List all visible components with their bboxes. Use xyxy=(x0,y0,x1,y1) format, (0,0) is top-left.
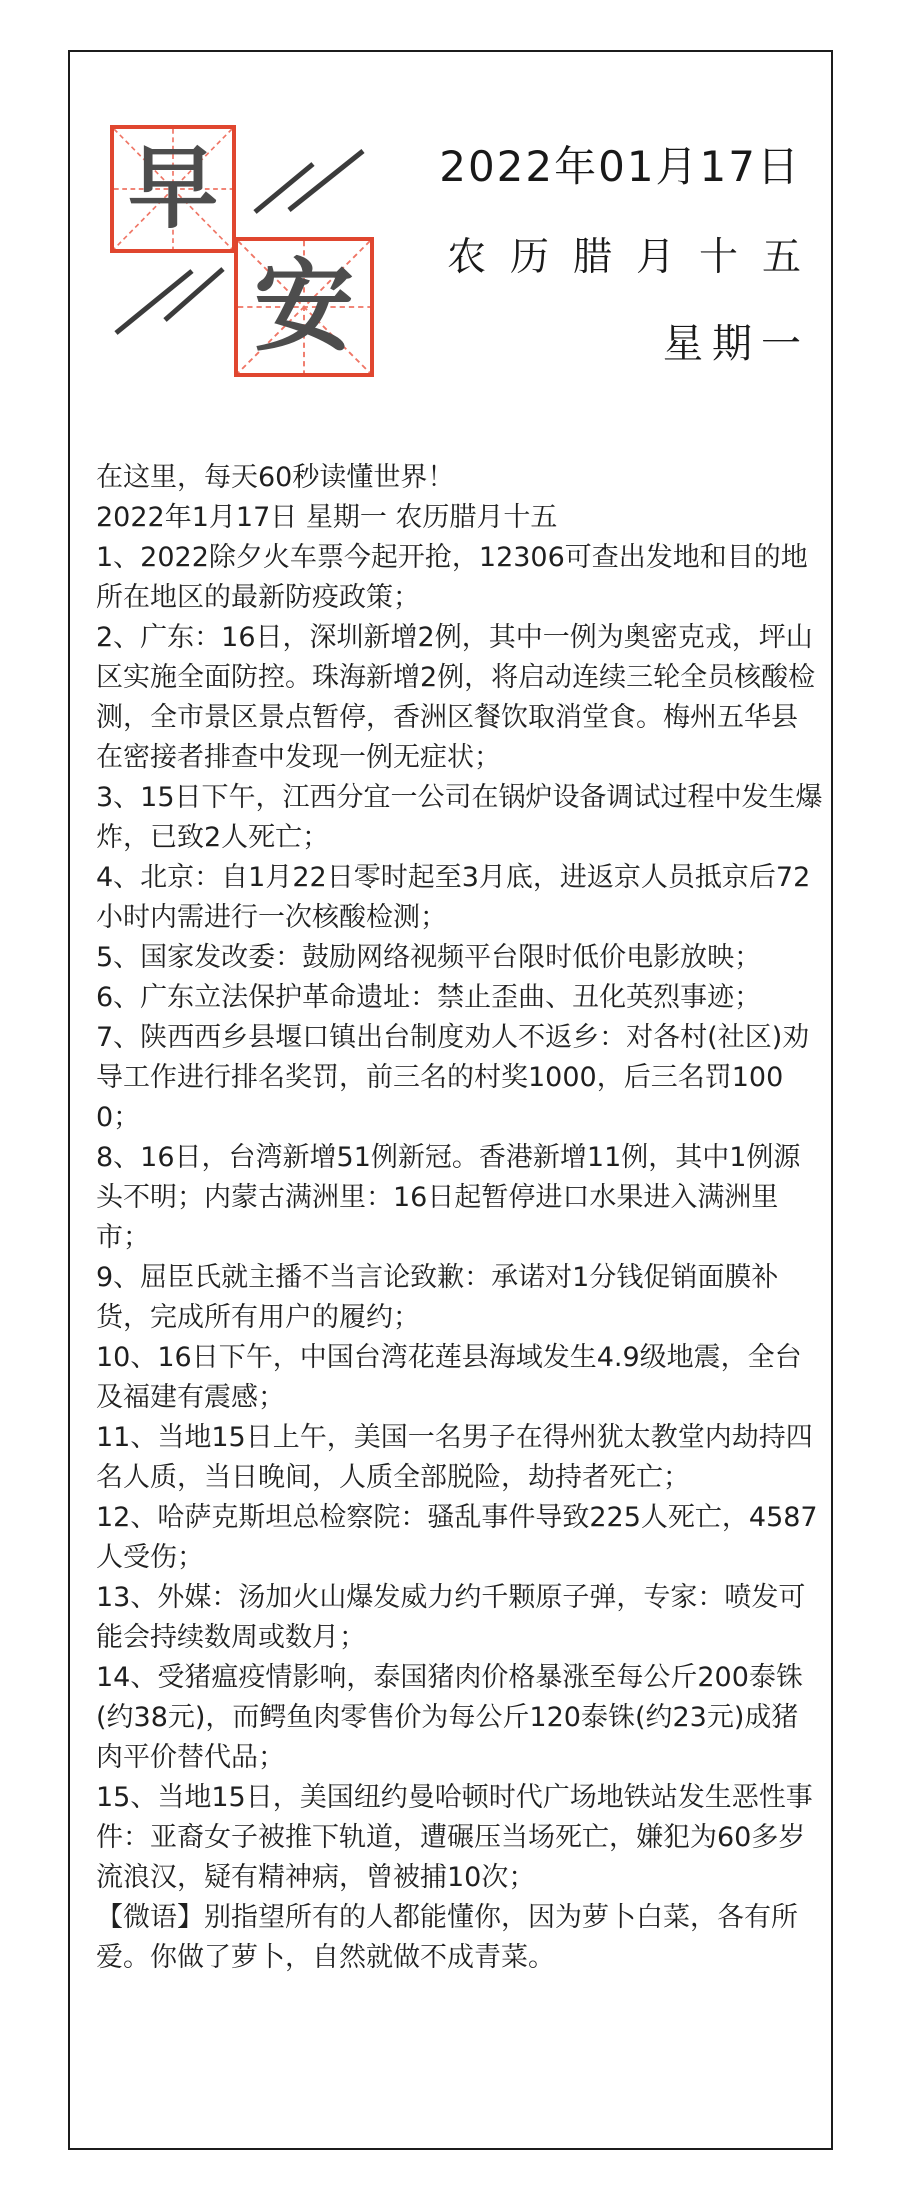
news-item-2: 2、广东：16日，深圳新增2例，其中一例为奥密克戎，坪山区实施全面防控。珠海新增… xyxy=(96,618,824,778)
news-item-14: 14、受猪瘟疫情影响，泰国猪肉价格暴涨至每公斤200泰铢(约38元)，而鳄鱼肉零… xyxy=(96,1658,824,1778)
news-item-12: 12、哈萨克斯坦总检察院：骚乱事件导致225人死亡，4587人受伤； xyxy=(96,1498,824,1578)
news-item-3: 3、15日下午，江西分宜一公司在锅炉设备调试过程中发生爆炸，已致2人死亡； xyxy=(96,778,824,858)
news-item-9: 9、屈臣氏就主播不当言论致歉：承诺对1分钱促销面膜补货，完成所有用户的履约； xyxy=(96,1258,824,1338)
weekday-text: 星期一 xyxy=(439,312,810,369)
date-text: 2022年01月17日 xyxy=(439,134,801,194)
news-item-6: 6、广东立法保护革命遗址：禁止歪曲、丑化英烈事迹； xyxy=(96,978,824,1018)
news-item-7: 7、陕西西乡县堰口镇出台制度劝人不返乡：对各村(社区)劝导工作进行排名奖罚，前三… xyxy=(96,1018,824,1138)
news-item-13: 13、外媒：汤加火山爆发威力约千颗原子弹，专家：喷发可能会持续数周或数月； xyxy=(96,1578,824,1658)
morning-news-page: 早 安 2022年01月17日 农历腊月十五 星期 xyxy=(0,0,900,2200)
news-item-1: 1、2022除夕火车票今起开抢，12306可查出发地和目的地所在地区的最新防疫政… xyxy=(96,538,824,618)
news-item-5: 5、国家发改委：鼓励网络视频平台限时低价电影放映； xyxy=(96,938,824,978)
page-frame: 早 安 2022年01月17日 农历腊月十五 星期 xyxy=(68,50,833,2150)
intro-line: 在这里，每天60秒读懂世界！ xyxy=(96,458,824,498)
news-item-11: 11、当地15日上午，美国一名男子在得州犹太教堂内劫持四名人质，当日晚间，人质全… xyxy=(96,1418,824,1498)
lunar-date-text: 农历腊月十五 xyxy=(439,226,825,282)
news-body: 在这里，每天60秒读懂世界！ 2022年1月17日 星期一 农历腊月十五 1、2… xyxy=(96,458,824,1978)
news-item-15: 15、当地15日，美国纽约曼哈顿时代广场地铁站发生恶性事件：亚裔女子被推下轨道，… xyxy=(96,1778,824,1898)
date-block: 2022年01月17日 农历腊月十五 星期一 xyxy=(439,134,801,369)
date-line: 2022年1月17日 星期一 农历腊月十五 xyxy=(96,498,824,538)
news-item-4: 4、北京：自1月22日零时起至3月底，进返京人员抵京后72小时内需进行一次核酸检… xyxy=(96,858,824,938)
weiyu-line: 【微语】别指望所有的人都能懂你，因为萝卜白菜，各有所爱。你做了萝卜，自然就做不成… xyxy=(96,1898,824,1978)
news-item-8: 8、16日，台湾新增51例新冠。香港新增11例，其中1例源头不明；内蒙古满洲里：… xyxy=(96,1138,824,1258)
news-item-10: 10、16日下午，中国台湾花莲县海域发生4.9级地震，全台及福建有震感； xyxy=(96,1338,824,1418)
